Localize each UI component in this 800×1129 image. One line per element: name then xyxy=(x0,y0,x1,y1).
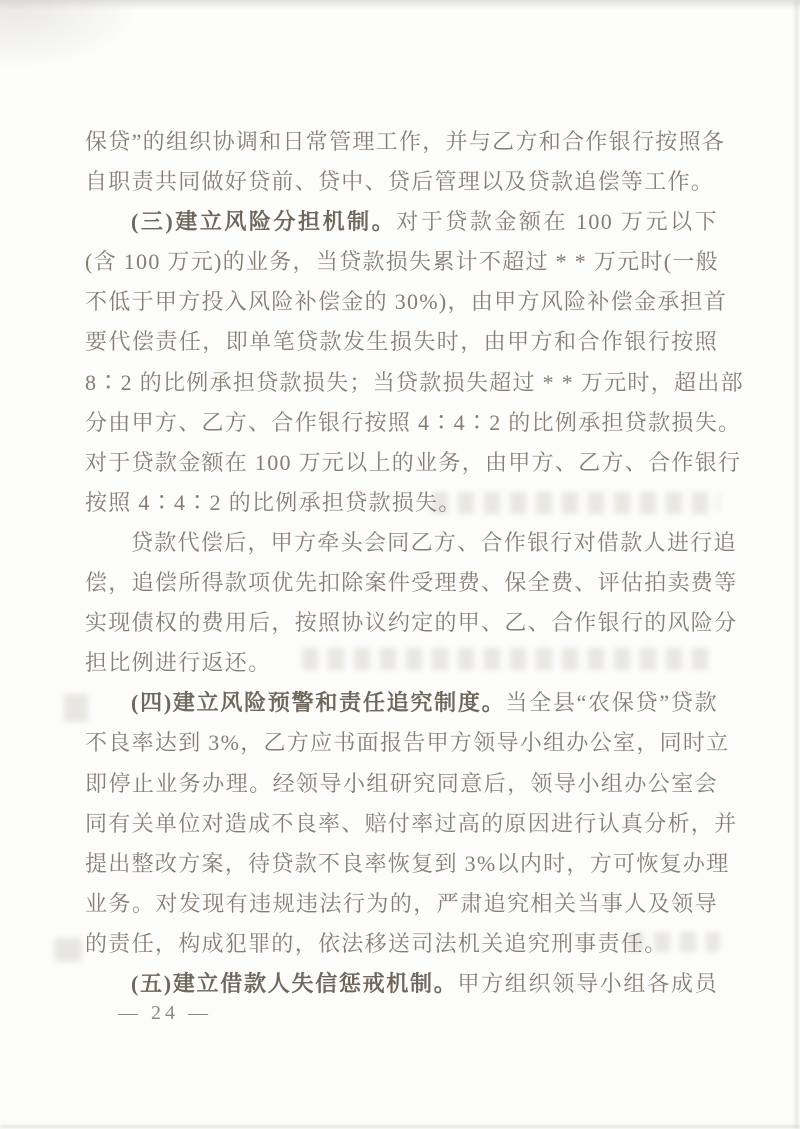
body-text: 实现债权的费用后，按照协议约定的甲、乙、合作银行的风险分 xyxy=(85,610,737,635)
body-text: 8∶2 的比例承担贷款损失；当贷款损失超过 * * 万元时，超出部 xyxy=(85,370,744,395)
text-line: 的责任，构成犯罪的，依法移送司法机关追究刑事责任。 xyxy=(85,924,718,964)
body-text: 当全县“农保贷”贷款 xyxy=(505,690,718,715)
bleedthrough-mark xyxy=(54,938,82,962)
body-text: 同有关单位对造成不良率、赔付率过高的原因进行认真分析，并 xyxy=(85,811,737,836)
text-line: 偿，追偿所得款项优先扣除案件受理费、保全费、评估拍卖费等 xyxy=(85,563,718,603)
body-text: 自职责共同做好贷前、贷中、贷后管理以及贷款追偿等工作。 xyxy=(85,169,714,194)
clause-heading: (四)建立风险预警和责任追究制度。 xyxy=(131,690,505,715)
text-line: 贷款代偿后，甲方牵头会同乙方、合作银行对借款人进行追 xyxy=(85,523,718,563)
text-line: 分由甲方、乙方、合作银行按照 4∶4∶2 的比例承担贷款损失。 xyxy=(85,403,718,443)
text-block: 保贷”的组织协调和日常管理工作，并与乙方和合作银行按照各自职责共同做好贷前、贷中… xyxy=(85,122,718,1004)
text-line: (四)建立风险预警和责任追究制度。当全县“农保贷”贷款 xyxy=(85,683,718,723)
body-text: 对于贷款金额在 100 万元以上的业务，由甲方、乙方、合作银行 xyxy=(85,450,741,475)
text-line: 对于贷款金额在 100 万元以上的业务，由甲方、乙方、合作银行 xyxy=(85,443,718,483)
text-line: 即停止业务办理。经领导小组研究同意后，领导小组办公室会 xyxy=(85,764,718,804)
scanned-document-page: 保贷”的组织协调和日常管理工作，并与乙方和合作银行按照各自职责共同做好贷前、贷中… xyxy=(0,0,800,1129)
body-text: 担比例进行返还。 xyxy=(85,650,271,675)
body-text: 的责任，构成犯罪的，依法移送司法机关追究刑事责任。 xyxy=(85,931,668,956)
clause-heading: (三)建立风险分担机制。 xyxy=(131,209,396,234)
scan-edge-shadow-top xyxy=(0,0,800,10)
text-line: 8∶2 的比例承担贷款损失；当贷款损失超过 * * 万元时，超出部 xyxy=(85,363,718,403)
text-line: 保贷”的组织协调和日常管理工作，并与乙方和合作银行按照各 xyxy=(85,122,718,162)
text-line: 不良率达到 3%，乙方应书面报告甲方领导小组办公室，同时立 xyxy=(85,723,718,763)
body-text: 偿，追偿所得款项优先扣除案件受理费、保全费、评估拍卖费等 xyxy=(85,570,737,595)
scan-edge-shadow-right xyxy=(795,0,798,1129)
text-line: (含 100 万元)的业务，当贷款损失累计不超过 * * 万元时(一般 xyxy=(85,242,718,282)
text-line: 自职责共同做好贷前、贷中、贷后管理以及贷款追偿等工作。 xyxy=(85,162,718,202)
clause-heading: (五)建立借款人失信惩戒机制。 xyxy=(131,971,457,996)
scan-corner-smudge xyxy=(0,0,140,70)
text-line: 同有关单位对造成不良率、赔付率过高的原因进行认真分析，并 xyxy=(85,804,718,844)
body-text: 即停止业务办理。经领导小组研究同意后，领导小组办公室会 xyxy=(85,771,718,796)
scan-edge-shadow-bottom xyxy=(0,1125,800,1128)
body-text: 不低于甲方投入风险补偿金的 30%)，由甲方风险补偿金承担首 xyxy=(85,289,727,314)
text-line: (三)建立风险分担机制。对于贷款金额在 100 万元以下 xyxy=(85,202,718,242)
body-text: 提出整改方案，待贷款不良率恢复到 3%以内时，方可恢复办理 xyxy=(85,851,730,876)
body-text: 业务。对发现有违规违法行为的，严肃追究相关当事人及领导 xyxy=(85,891,718,916)
page-number: — 24 — xyxy=(118,998,212,1028)
body-text: 贷款代偿后，甲方牵头会同乙方、合作银行对借款人进行追 xyxy=(131,530,737,555)
text-line: 实现债权的费用后，按照协议约定的甲、乙、合作银行的风险分 xyxy=(85,603,718,643)
text-line: 要代偿责任，即单笔贷款发生损失时，由甲方和合作银行按照 xyxy=(85,322,718,362)
text-line: 业务。对发现有违规违法行为的，严肃追究相关当事人及领导 xyxy=(85,884,718,924)
body-text: 对于贷款金额在 100 万元以下 xyxy=(396,209,718,234)
body-text: 不良率达到 3%，乙方应书面报告甲方领导小组办公室，同时立 xyxy=(85,730,730,755)
body-text: 按照 4∶4∶2 的比例承担贷款损失。 xyxy=(85,490,462,515)
text-line: 按照 4∶4∶2 的比例承担贷款损失。 xyxy=(85,483,718,523)
body-text: 要代偿责任，即单笔贷款发生损失时，由甲方和合作银行按照 xyxy=(85,329,718,354)
body-text: 保贷”的组织协调和日常管理工作，并与乙方和合作银行按照各 xyxy=(85,129,725,154)
body-text: 甲方组织领导小组各成员 xyxy=(457,971,718,996)
text-line: 担比例进行返还。 xyxy=(85,643,718,683)
body-text: 分由甲方、乙方、合作银行按照 4∶4∶2 的比例承担贷款损失。 xyxy=(85,410,741,435)
text-line: 不低于甲方投入风险补偿金的 30%)，由甲方风险补偿金承担首 xyxy=(85,282,718,322)
body-text: (含 100 万元)的业务，当贷款损失累计不超过 * * 万元时(一般 xyxy=(85,249,719,274)
text-line: 提出整改方案，待贷款不良率恢复到 3%以内时，方可恢复办理 xyxy=(85,844,718,884)
